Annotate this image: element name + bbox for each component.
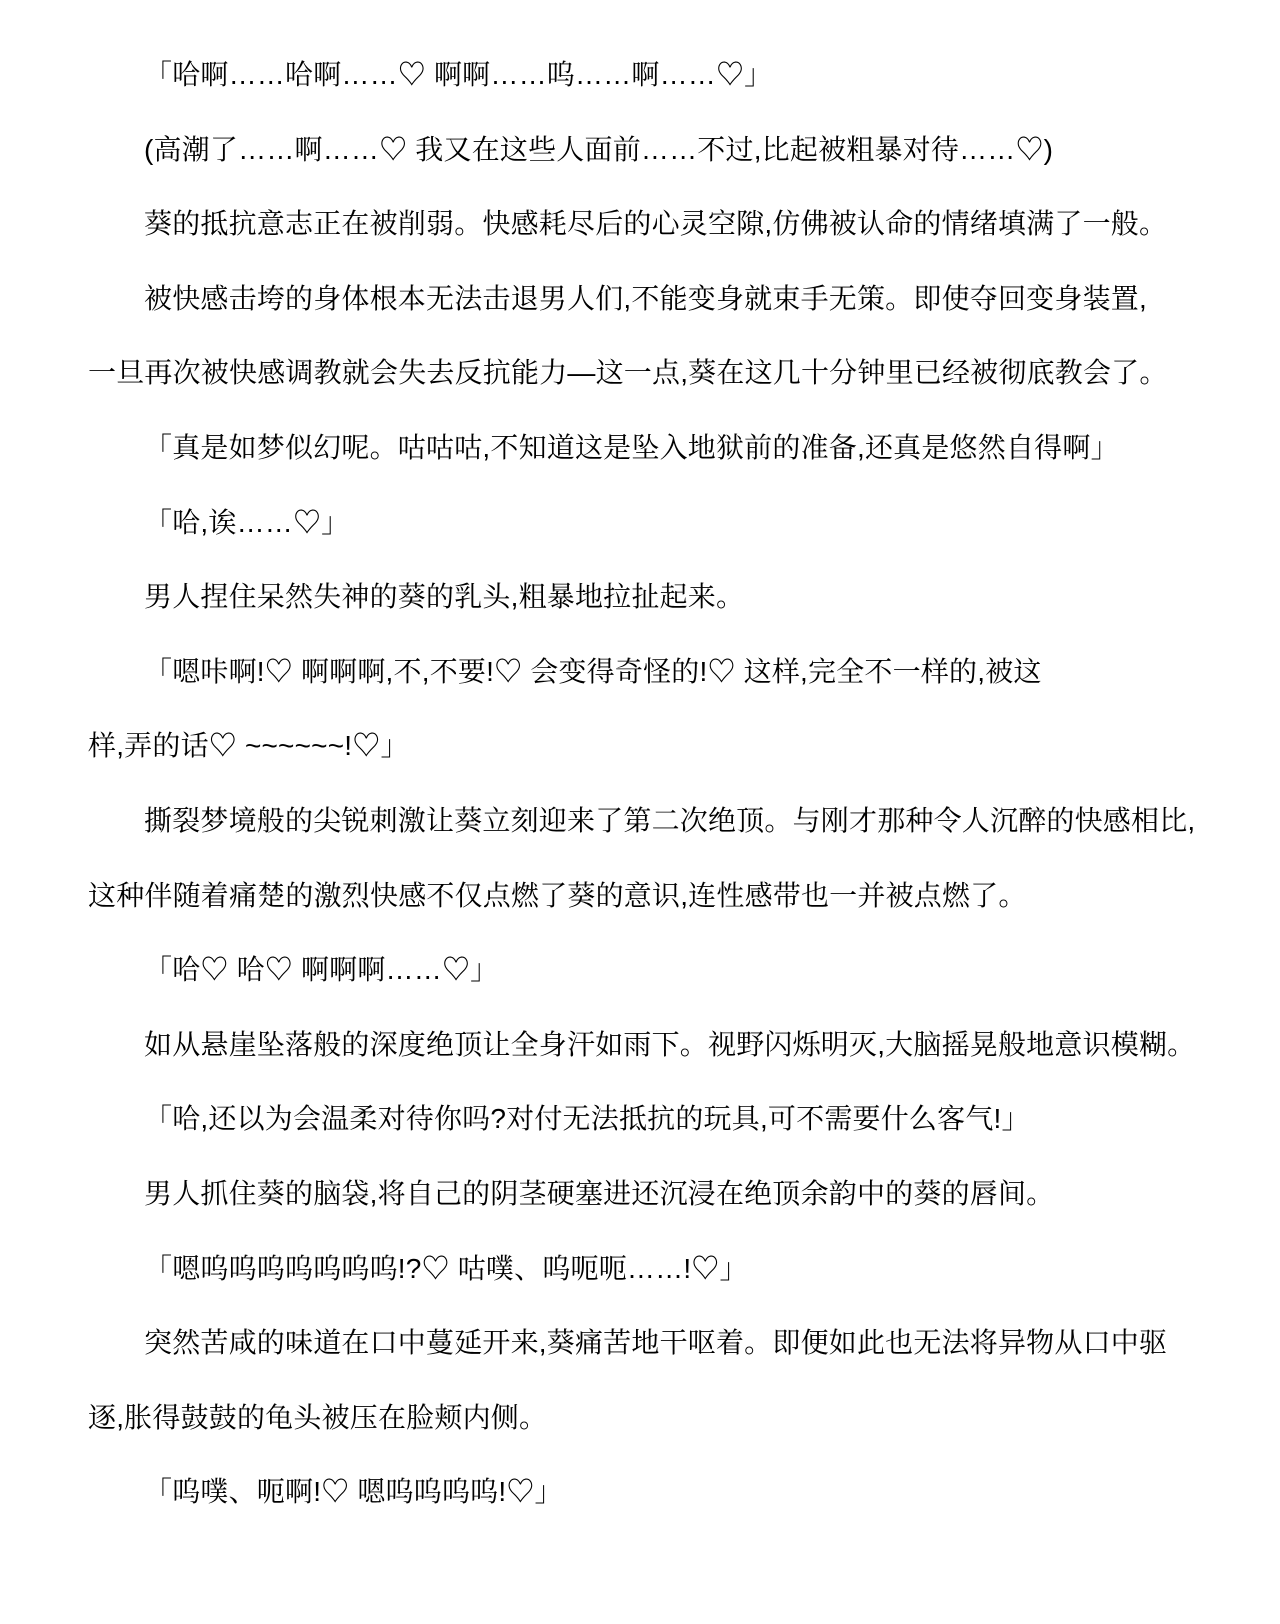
- text-line: 逐,胀得鼓鼓的龟头被压在脸颊内侧。: [88, 1381, 1224, 1456]
- text-line: 男人捏住呆然失神的葵的乳头,粗暴地拉扯起来。: [88, 560, 1224, 635]
- text-line: 「哈,诶……♡」: [88, 486, 1224, 561]
- text-line: 「哈,还以为会温柔对待你吗?对付无法抵抗的玩具,可不需要什么客气!」: [88, 1082, 1224, 1157]
- text-body: 「哈啊……哈啊……♡ 啊啊……呜……啊……♡」(高潮了……啊……♡ 我又在这些人…: [88, 38, 1224, 1530]
- text-line: (高潮了……啊……♡ 我又在这些人面前……不过,比起被粗暴对待……♡): [88, 113, 1224, 188]
- text-line: 「哈♡ 哈♡ 啊啊啊……♡」: [88, 933, 1224, 1008]
- text-line: 样,弄的话♡ ~~~~~~!♡」: [88, 709, 1224, 784]
- text-line: 如从悬崖坠落般的深度绝顶让全身汗如雨下。视野闪烁明灭,大脑摇晃般地意识模糊。: [88, 1008, 1224, 1083]
- text-line: 男人抓住葵的脑袋,将自己的阴茎硬塞进还沉浸在绝顶余韵中的葵的唇间。: [88, 1157, 1224, 1232]
- text-line: 撕裂梦境般的尖锐刺激让葵立刻迎来了第二次绝顶。与刚才那种令人沉醉的快感相比,: [88, 784, 1224, 859]
- text-line: 「嗯呜呜呜呜呜呜呜!?♡ 咕噗、呜呃呃……!♡」: [88, 1232, 1224, 1307]
- text-line: 突然苦咸的味道在口中蔓延开来,葵痛苦地干呕着。即便如此也无法将异物从口中驱: [88, 1306, 1224, 1381]
- text-line: 「呜噗、呃啊!♡ 嗯呜呜呜呜!♡」: [88, 1455, 1224, 1530]
- text-line: 葵的抵抗意志正在被削弱。快感耗尽后的心灵空隙,仿佛被认命的情绪填满了一般。: [88, 187, 1224, 262]
- text-line: 这种伴随着痛楚的激烈快感不仅点燃了葵的意识,连性感带也一并被点燃了。: [88, 859, 1224, 934]
- text-line: 被快感击垮的身体根本无法击退男人们,不能变身就束手无策。即使夺回变身装置,: [88, 262, 1224, 337]
- text-line: 「嗯咔啊!♡ 啊啊啊,不,不要!♡ 会变得奇怪的!♡ 这样,完全不一样的,被这: [88, 635, 1224, 710]
- text-line: 「哈啊……哈啊……♡ 啊啊……呜……啊……♡」: [88, 38, 1224, 113]
- text-line: 「真是如梦似幻呢。咕咕咕,不知道这是坠入地狱前的准备,还真是悠然自得啊」: [88, 411, 1224, 486]
- text-line: 一旦再次被快感调教就会失去反抗能力—这一点,葵在这几十分钟里已经被彻底教会了。: [88, 336, 1224, 411]
- document-page: 「哈啊……哈啊……♡ 啊啊……呜……啊……♡」(高潮了……啊……♡ 我又在这些人…: [0, 0, 1280, 1624]
